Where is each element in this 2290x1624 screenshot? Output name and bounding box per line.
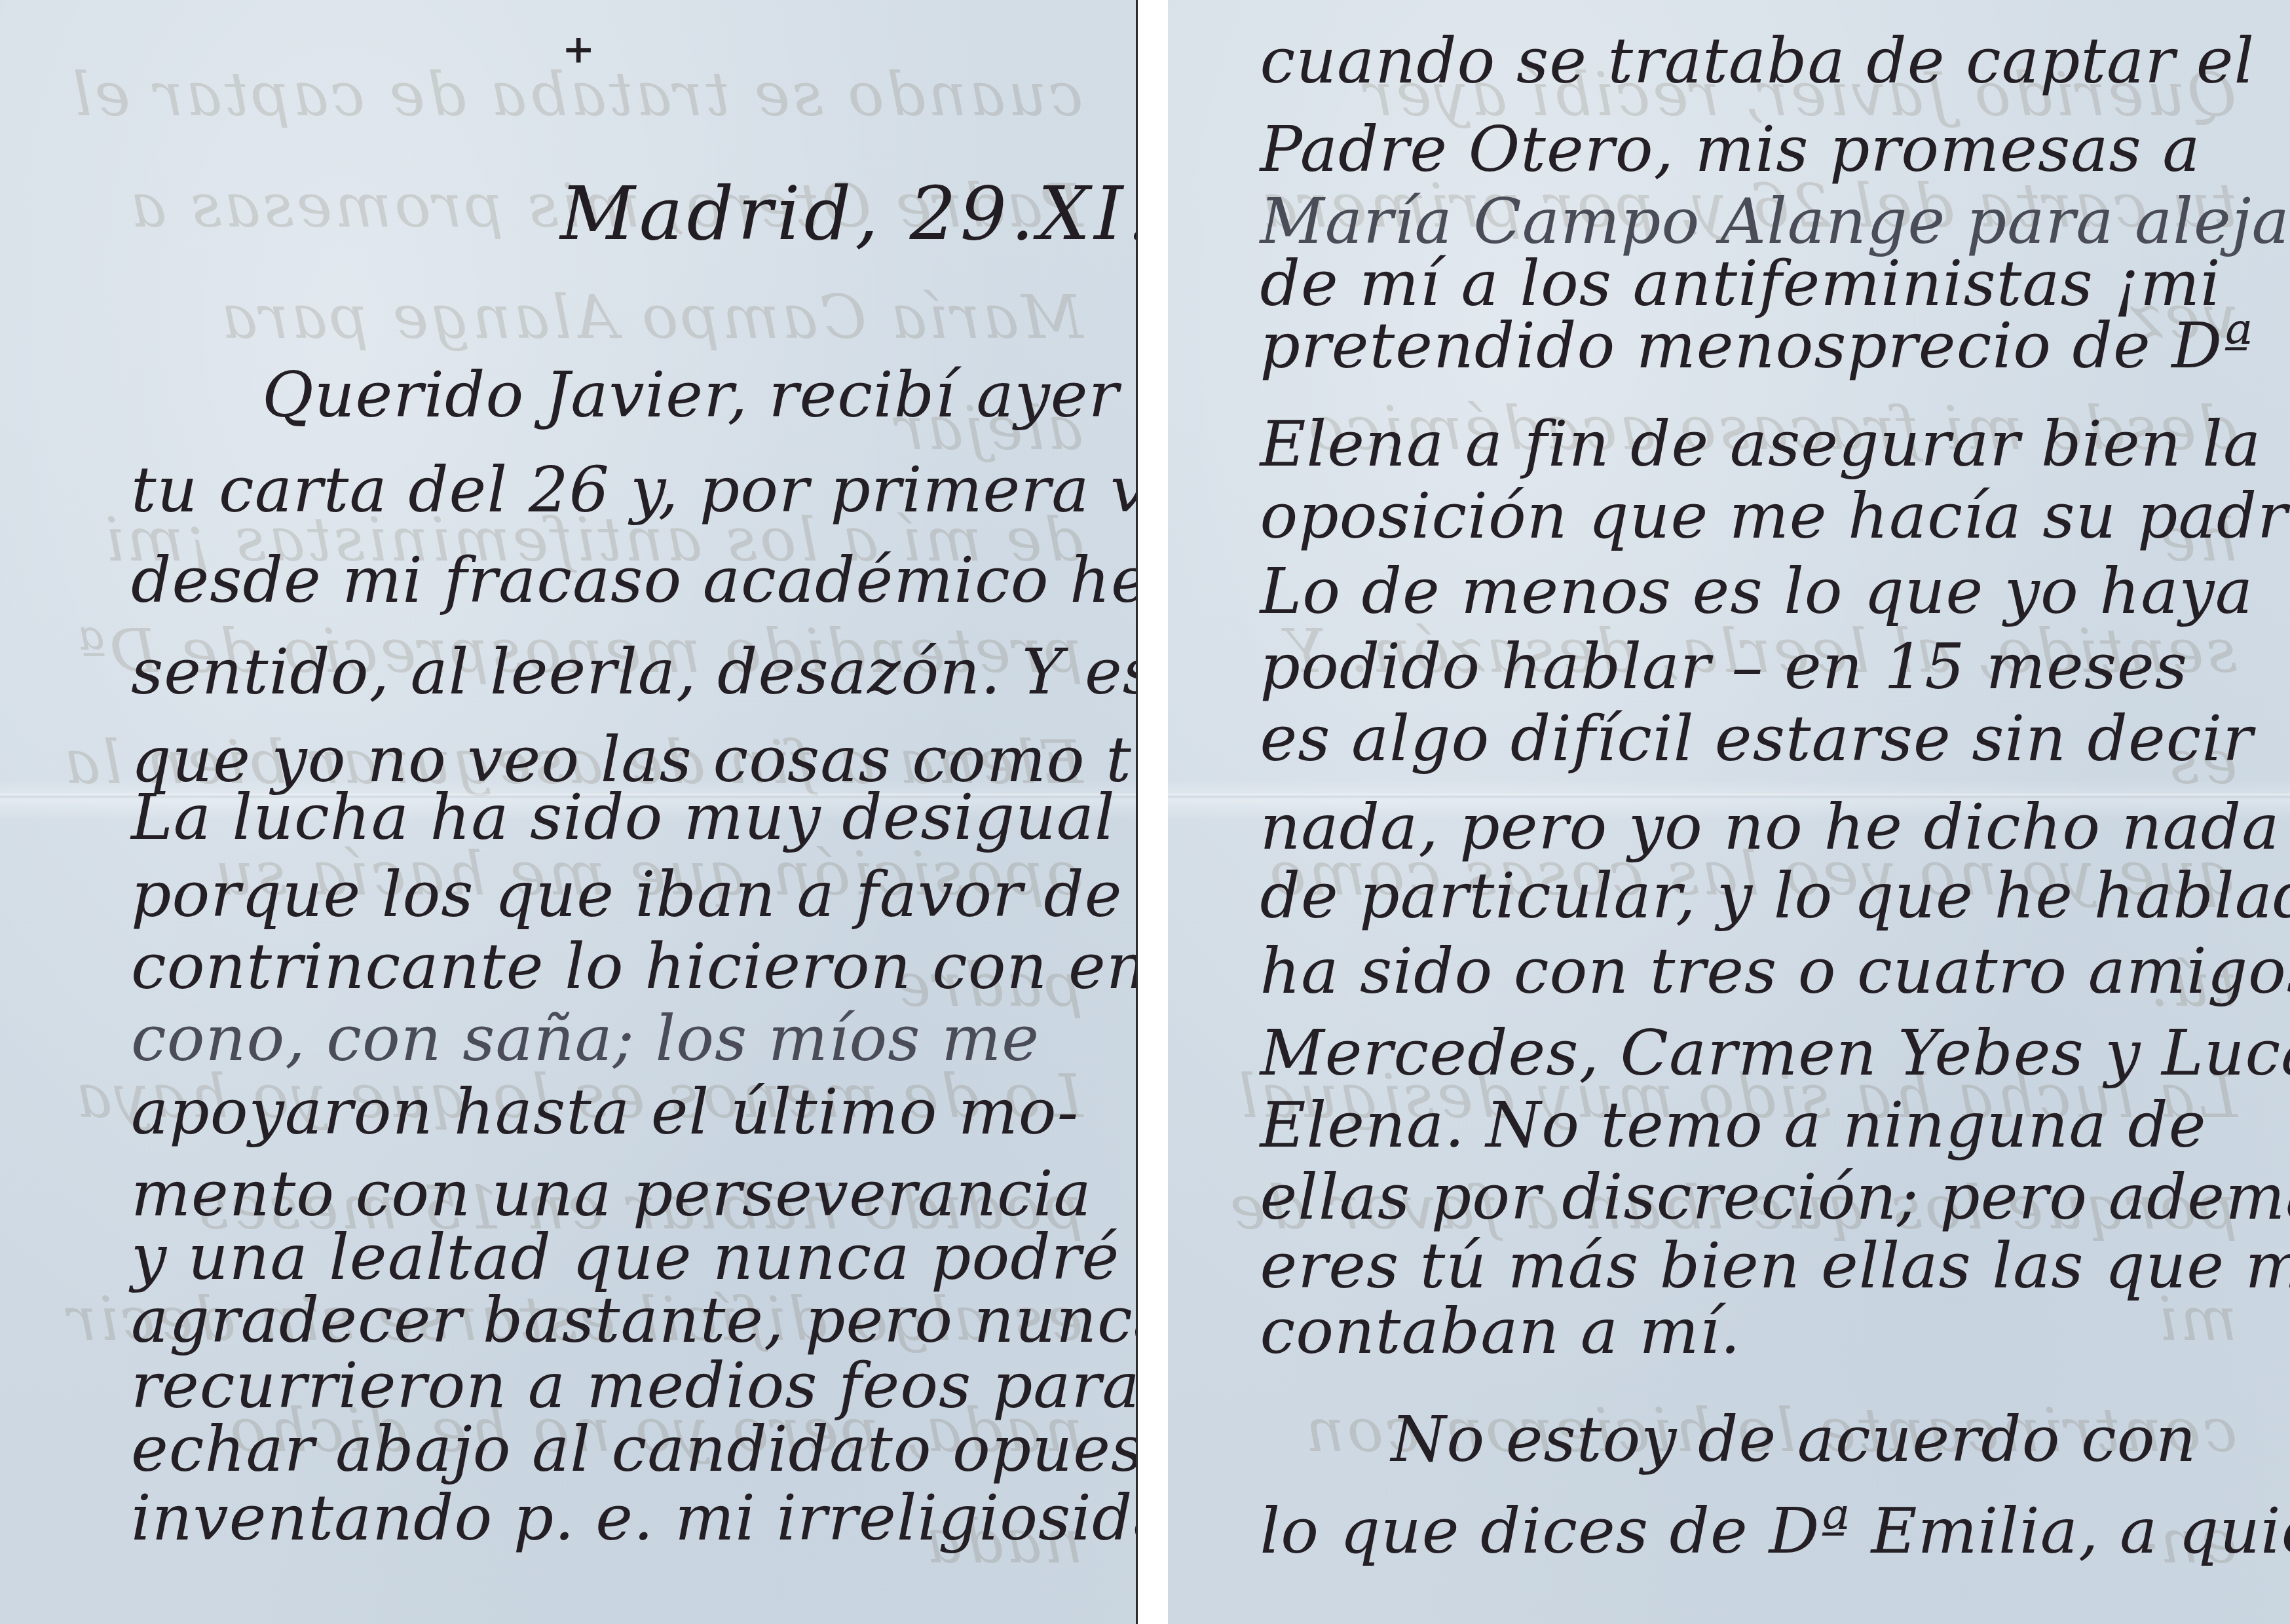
- letter-page-left: cuando se trataba de captar el Padre Ote…: [0, 0, 1136, 1624]
- letter-line: porque los que iban a favor de mi: [131, 863, 1136, 926]
- letter-spread: cuando se trataba de captar el Padre Ote…: [0, 0, 2290, 1624]
- letter-line: de mí a los antifeministas ¡mi: [1260, 252, 2221, 315]
- letter-line: pretendido menosprecio de Dª: [1260, 314, 2253, 377]
- letter-line: La lucha ha sido muy desigual: [131, 786, 1116, 849]
- cross-mark: +: [562, 26, 596, 72]
- letter-line: es algo difícil estarse sin decir: [1260, 707, 2253, 770]
- letter-line: eres tú más bien ellas las que me: [1260, 1234, 2290, 1297]
- letter-line: nada, pero yo no he dicho nada: [1260, 796, 2280, 858]
- letter-line: echar abajo al candidato opuesto:: [131, 1418, 1136, 1481]
- letter-line: María Campo Alange para alejar: [1260, 190, 2290, 253]
- letter-line: sentido, al leerla, desazón. Y es: [131, 640, 1136, 703]
- letter-line: Lo de menos es lo que yo haya: [1260, 560, 2253, 623]
- letter-line: ha sido con tres o cuatro amigos:: [1260, 940, 2290, 1003]
- letter-line: Elena a fin de asegurar bien la: [1260, 413, 2261, 475]
- page-gutter: [1136, 0, 1169, 1624]
- letter-page-right: Querido Javier, recibí ayer tu carta del…: [1168, 0, 2290, 1624]
- letter-line: contaban a mí.: [1260, 1300, 1740, 1363]
- letter-line: mento con una perseverancia: [131, 1162, 1092, 1225]
- letter-line: No estoy de acuerdo con: [1260, 1408, 2196, 1471]
- letter-line: y una lealtad que nunca podré: [131, 1226, 1119, 1289]
- letter-line: agradecer bastante, pero nunca: [131, 1289, 1136, 1352]
- letter-line: lo que dices de Dª Emilia, a quien: [1260, 1500, 2290, 1562]
- letter-line: recurrieron a medios feos para: [131, 1354, 1136, 1417]
- letter-line: tu carta del 26 y, por primera vez: [131, 458, 1136, 521]
- letter-line: cuando se trataba de captar el: [1260, 29, 2255, 92]
- letter-line: Padre Otero, mis promesas a: [1260, 118, 2200, 181]
- letter-line: cono, con saña; los míos me: [131, 1007, 1040, 1070]
- letter-line: desde mi fracaso académico he: [131, 549, 1136, 612]
- dateline: Madrid, 29.XI.55: [560, 172, 1136, 257]
- letter-line: Mercedes, Carmen Yebes y Lucas,: [1260, 1022, 2290, 1084]
- letter-line: Querido Javier, recibí ayer: [131, 363, 1119, 426]
- letter-line: apoyaron hasta el último mo-: [131, 1080, 1079, 1143]
- letter-line: Elena. No temo a ninguna de: [1260, 1094, 2206, 1156]
- letter-line: ellas por discreción; pero además: [1260, 1166, 2290, 1228]
- letter-line: inventando p. e. mi irreligiosidad,: [131, 1486, 1136, 1549]
- letter-line: contrincante lo hicieron con en-: [131, 935, 1136, 998]
- letter-line: de particular, y lo que he hablado: [1260, 864, 2290, 927]
- letter-line: podido hablar – en 15 meses: [1260, 635, 2188, 698]
- letter-line: oposición que me hacía su padre.: [1260, 485, 2290, 547]
